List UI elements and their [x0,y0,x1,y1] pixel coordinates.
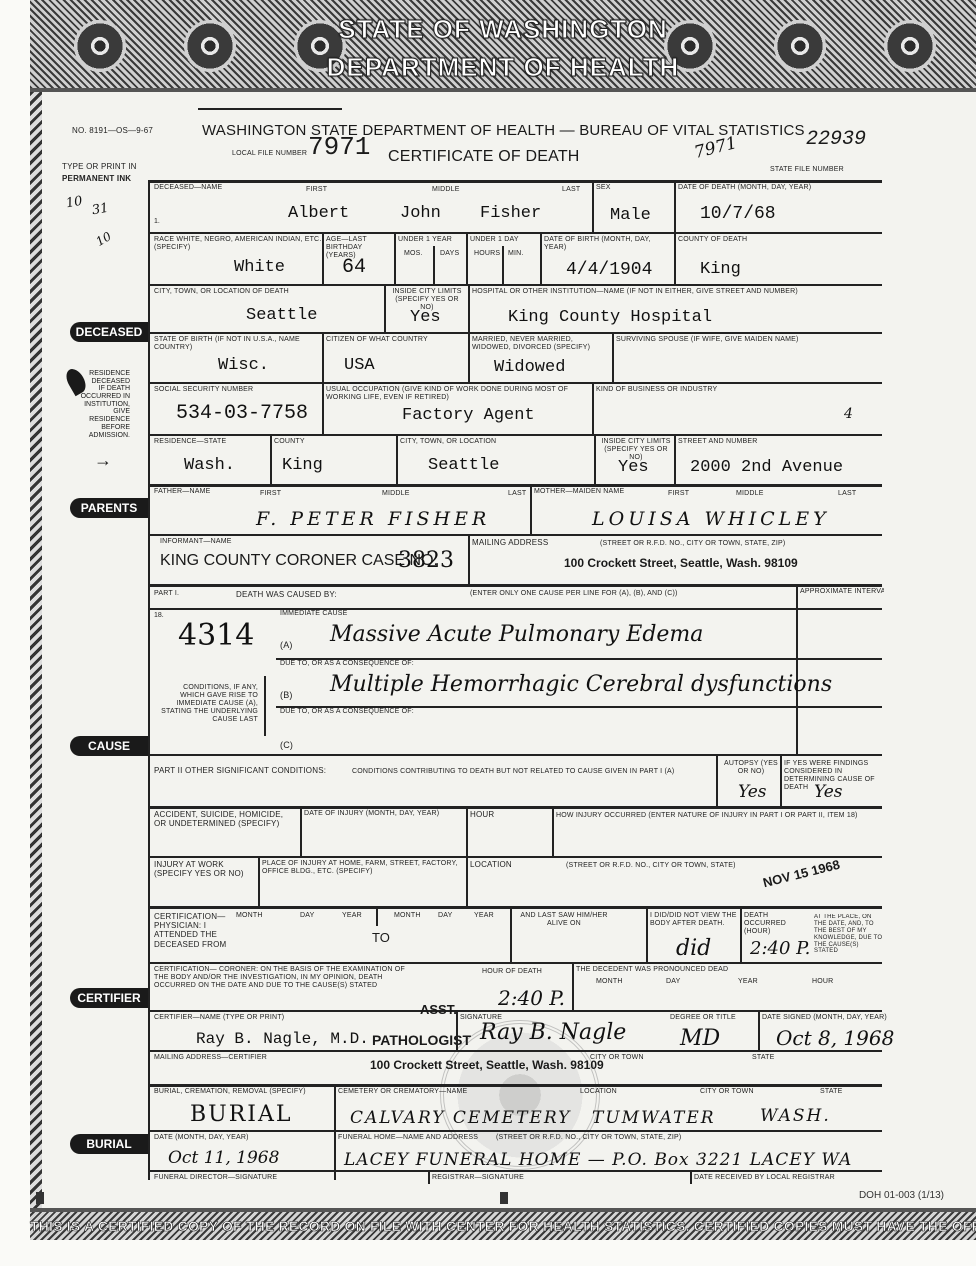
informant-name: KING COUNTY CORONER CASE NO. [160,552,438,570]
section-tab-cause: CAUSE [70,736,148,756]
cemetery-label: CEMETERY OR CREMATORY—NAME [338,1088,467,1096]
date-of-death: 10/7/68 [700,204,776,224]
burial-location-state: WASH. [760,1106,831,1126]
degree-label: DEGREE OR TITLE [670,1014,736,1022]
residence-county: King [282,456,323,475]
due-to-label-2: DUE TO, OR AS A CONSEQUENCE OF: [280,708,414,716]
surviving-spouse-label: SURVIVING SPOUSE (IF WIFE, GIVE MAIDEN N… [616,336,799,344]
county-of-death-label: COUNTY OF DEATH [678,236,747,244]
death-occurred-hour: 2:40 P. [750,938,810,959]
father-name: F. PETER FISHER [256,508,490,530]
burial-city-label: CITY OR TOWN [700,1088,754,1096]
days-label: DAYS [440,250,459,258]
burial-location-city: TUMWATER [592,1108,716,1128]
deceased-name-label: DECEASED—NAME [154,184,222,192]
to-day-label: DAY [438,912,452,920]
cause-instruction: (ENTER ONLY ONE CAUSE PER LINE FOR (a), … [470,590,678,598]
form-number: No. 8191—OS—9-67 [72,126,153,135]
residence-city: Seattle [428,456,499,475]
certifier-name: Ray B. Nagle, M.D. [196,1030,369,1048]
registrar-label: REGISTRAR—SIGNATURE [432,1174,524,1182]
footer-band: THIS IS A CERTIFIED COPY OF THE RECORD O… [30,1208,976,1240]
race-label: RACE WHITE, NEGRO, AMERICAN INDIAN, ETC.… [154,236,324,252]
mother-first-label: FIRST [668,490,689,498]
to-year-label: YEAR [474,912,494,920]
citizenship-label: CITIZEN OF WHAT COUNTRY [326,336,428,344]
informant-mailing-address: 100 Crockett Street, Seattle, Wash. 9810… [564,556,798,570]
injury-location-label: LOCATION [470,860,512,869]
industry-mark: 4 [844,406,853,422]
certifier-degree: MD [680,1026,720,1051]
marital-status: Widowed [494,358,565,377]
funeral-home-label: FUNERAL HOME—NAME AND ADDRESS [338,1134,478,1142]
date-signed-label: DATE SIGNED (MONTH, DAY, YEAR) [762,1014,887,1022]
local-file-label: LOCAL FILE NUMBER [232,150,307,158]
deceased-first-name: Albert [288,204,349,223]
pronounced-day-label: DAY [666,978,680,986]
viewed-body-value: did [676,936,711,961]
mother-maiden-name: LOUISA WHICLEY [592,508,830,530]
father-last-label: LAST [508,490,526,498]
pronounced-hour-label: HOUR [812,978,833,986]
burial-location-label: LOCATION [580,1088,617,1096]
injury-hour-label: HOUR [470,810,494,819]
death-occurred-note: AT THE PLACE, ON THE DATE, AND, TO THE B… [814,914,884,955]
middle-label: MIDDLE [432,186,460,194]
sex-label: SEX [596,184,611,192]
last-label: LAST [562,186,580,194]
street-label: STREET AND NUMBER [678,438,758,446]
first-label: FIRST [306,186,327,194]
state-of-birth-label: STATE OF BIRTH (IF NOT IN U.S.A., NAME C… [154,336,314,352]
due-to-label-1: DUE TO, OR AS A CONSEQUENCE OF: [280,660,414,668]
cause-b: Multiple Hemorrhagic Cerebral dysfunctio… [330,672,832,697]
findings-value: Yes [814,782,843,802]
ssn-label: SOCIAL SECURITY NUMBER [154,386,253,394]
injury-date-label: DATE OF INJURY (MONTH, DAY, YEAR) [304,810,439,818]
date-of-birth: 4/4/1904 [566,260,652,280]
section-tab-certifier: CERTIFIER [70,988,148,1008]
city-of-death: Seattle [246,306,317,325]
state-of-birth: Wisc. [218,356,269,375]
pronounced-month-label: MONTH [596,978,623,986]
date-of-birth-label: DATE OF BIRTH (MONTH, DAY, YEAR) [544,236,668,252]
state-file-number: 22939 [806,128,866,151]
physician-cert-label: CERTIFICATION— PHYSICIAN: I ATTENDED THE… [154,912,234,949]
residence-county-label: COUNTY [274,438,305,446]
disposition-label: BURIAL, CREMATION, REMOVAL (SPECIFY) [154,1088,324,1096]
header-band: STATE OF WASHINGTON DEPARTMENT OF HEALTH [30,0,976,92]
certifier-city-label: CITY OR TOWN [590,1054,644,1062]
minutes-label: MIN. [508,250,524,258]
race-value: White [234,258,285,277]
occupation: Factory Agent [402,406,535,425]
coroner-cert-label: CERTIFICATION— CORONER: ON THE BASIS OF … [154,966,414,990]
arrow-right-icon: → [94,450,112,471]
cemetery-name: CALVARY CEMETERY [350,1108,571,1128]
street-address: 2000 2nd Avenue [690,458,843,477]
conditions-note: CONDITIONS, IF ANY, WHICH GAVE RISE TO I… [160,684,258,724]
viewed-body-label: I DID/DID NOT VIEW THE BODY AFTER DEATH. [650,912,738,928]
autopsy-label: AUTOPSY (YES OR NO) [720,760,782,776]
sex-value: Male [610,206,651,225]
to-label: TO [372,930,390,945]
certifier-mailing-label: MAILING ADDRESS—CERTIFIER [154,1054,267,1062]
autopsy-value: Yes [738,782,767,802]
mother-last-label: LAST [838,490,856,498]
coroner-case-number: 3823 [398,548,454,573]
from-year-label: YEAR [342,912,362,920]
hospital-name: King County Hospital [508,308,712,327]
injury-location-sublabel: (STREET OR R.F.D. NO., CITY OR TOWN, STA… [566,862,736,870]
citizenship: USA [344,356,375,375]
cause-a: Massive Acute Pulmonary Edema [330,622,703,647]
header-title-department: DEPARTMENT OF HEALTH [30,52,976,83]
from-month-label: MONTH [236,912,263,920]
local-file-number: 7971 [308,132,370,162]
residence-state: Wash. [184,456,235,475]
mother-middle-label: MIDDLE [736,490,764,498]
informant-label: INFORMANT—NAME [160,538,232,546]
injury-at-work-label: INJURY AT WORK (SPECIFY YES OR NO) [154,860,254,878]
agency-name: WASHINGTON STATE DEPARTMENT OF HEALTH — … [202,122,805,139]
form-code: DOH 01-003 (1/13) [859,1190,944,1201]
hour-of-death-label: HOUR OF DEATH [482,968,542,976]
burial-date-label: DATE (MONTH, DAY, YEAR) [154,1134,249,1142]
deceased-last-name: Fisher [480,204,541,223]
to-month-label: MONTH [394,912,421,920]
death-occurred-label: DEATH OCCURRED (HOUR) [744,912,808,936]
certifier-state-label: STATE [752,1054,775,1062]
city-of-death-label: CITY, TOWN, OR LOCATION OF DEATH [154,288,289,296]
father-middle-label: MIDDLE [382,490,410,498]
residence-city-label: CITY, TOWN, OR LOCATION [400,438,496,446]
age-value: 64 [342,256,366,279]
part1-label: PART I. [154,590,179,598]
residence-note: RESIDENCEDECEASEDIF DEATHOCCURRED ININST… [68,370,130,439]
header-title-state: STATE OF WASHINGTON [30,14,976,45]
months-label: MOS. [404,250,423,258]
how-injury-label: HOW INJURY OCCURRED (ENTER NATURE OF INJ… [556,812,858,820]
immediate-cause-label: IMMEDIATE CAUSE [280,610,347,618]
interval-label: APPROXIMATE INTERVAL BETWEEN ONSET AND D… [800,588,884,596]
certified-copy-notice: THIS IS A CERTIFIED COPY OF THE RECORD O… [30,1218,976,1234]
date-signed: Oct 8, 1968 [776,1026,894,1050]
funeral-home-sublabel: (STREET OR R.F.D. NO., CITY OR TOWN, STA… [496,1134,681,1142]
pronounced-year-label: YEAR [738,978,758,986]
mother-name-label: MOTHER—MAIDEN NAME [534,488,624,496]
disposition-value: BURIAL [190,1102,292,1127]
industry-label: KIND OF BUSINESS OR INDUSTRY [596,386,717,394]
deceased-middle-name: John [400,204,441,223]
hours-label: HOURS [474,250,500,258]
date-of-death-label: DATE OF DEATH (MONTH, DAY, YEAR) [678,184,811,192]
certifier-mailing-address: 100 Crockett Street, Seattle, Wash. 9810… [370,1058,604,1072]
certificate-title: CERTIFICATE OF DEATH [388,148,580,166]
residence-inside-limits: Yes [618,458,649,477]
section-tab-burial: BURIAL [70,1134,148,1154]
burial-state-label: STATE [820,1088,843,1096]
funeral-home: LACEY FUNERAL HOME — P.O. Box 3221 LACEY… [344,1150,852,1170]
instruction-line1: TYPE OR PRINT IN [62,162,137,171]
ssn-value: 534-03-7758 [176,402,308,425]
father-name-label: FATHER—NAME [154,488,211,496]
section-tab-parents: PARENTS [70,498,148,518]
last-saw-alive-label: AND LAST SAW HIM/HER ALIVE ON [514,912,614,928]
state-file-label: STATE FILE NUMBER [770,166,844,174]
margin-note: 10 [65,194,84,212]
inside-city-limits: Yes [410,308,441,327]
part2-label: PART II OTHER SIGNIFICANT CONDITIONS: [154,766,326,775]
father-first-label: FIRST [260,490,281,498]
residence-state-label: RESIDENCE—STATE [154,438,226,446]
under-1-day-label: UNDER 1 DAY [470,236,519,244]
hospital-label: HOSPITAL OR OTHER INSTITUTION—NAME (IF N… [472,288,798,296]
pronounced-dead-label: THE DECEDENT WAS PRONOUNCED DEAD [576,966,728,974]
injury-type-label: ACCIDENT, SUICIDE, HOMICIDE, OR UNDETERM… [154,810,294,828]
informant-mailing-sublabel: (STREET OR R.F.D. NO., CITY OR TOWN, STA… [600,540,785,548]
under-1-year-label: UNDER 1 YEAR [398,236,452,244]
margin-note: 31 [91,201,110,219]
part2-sublabel: CONDITIONS CONTRIBUTING TO DEATH BUT NOT… [352,768,674,776]
caused-by-label: DEATH WAS CAUSED BY: [236,590,337,599]
cause-code: 4314 [178,618,254,653]
burial-date: Oct 11, 1968 [168,1148,279,1168]
from-day-label: DAY [300,912,314,920]
hour-of-death: 2:40 P. [498,986,565,1010]
section-tab-deceased: DECEASED [70,322,148,342]
instruction-line2: PERMANENT INK [62,174,131,183]
asst-mark: ASST. [420,1002,457,1017]
received-by-registrar-label: DATE RECEIVED BY LOCAL REGISTRAR [694,1174,835,1182]
funeral-director-label: FUNERAL DIRECTOR—SIGNATURE [154,1174,277,1182]
decorative-border [30,92,42,1222]
place-of-injury-label: PLACE OF INJURY AT HOME, FARM, STREET, F… [262,860,462,876]
county-of-death: King [700,260,741,279]
marital-status-label: MARRIED, NEVER MARRIED, WIDOWED, DIVORCE… [472,336,608,352]
certifier-name-label: CERTIFIER—NAME (TYPE OR PRINT) [154,1014,284,1022]
certifier-signature: Ray B. Nagle [480,1020,626,1045]
occupation-label: USUAL OCCUPATION (GIVE KIND OF WORK DONE… [326,386,592,402]
informant-mailing-label: MAILING ADDRESS [472,538,548,547]
